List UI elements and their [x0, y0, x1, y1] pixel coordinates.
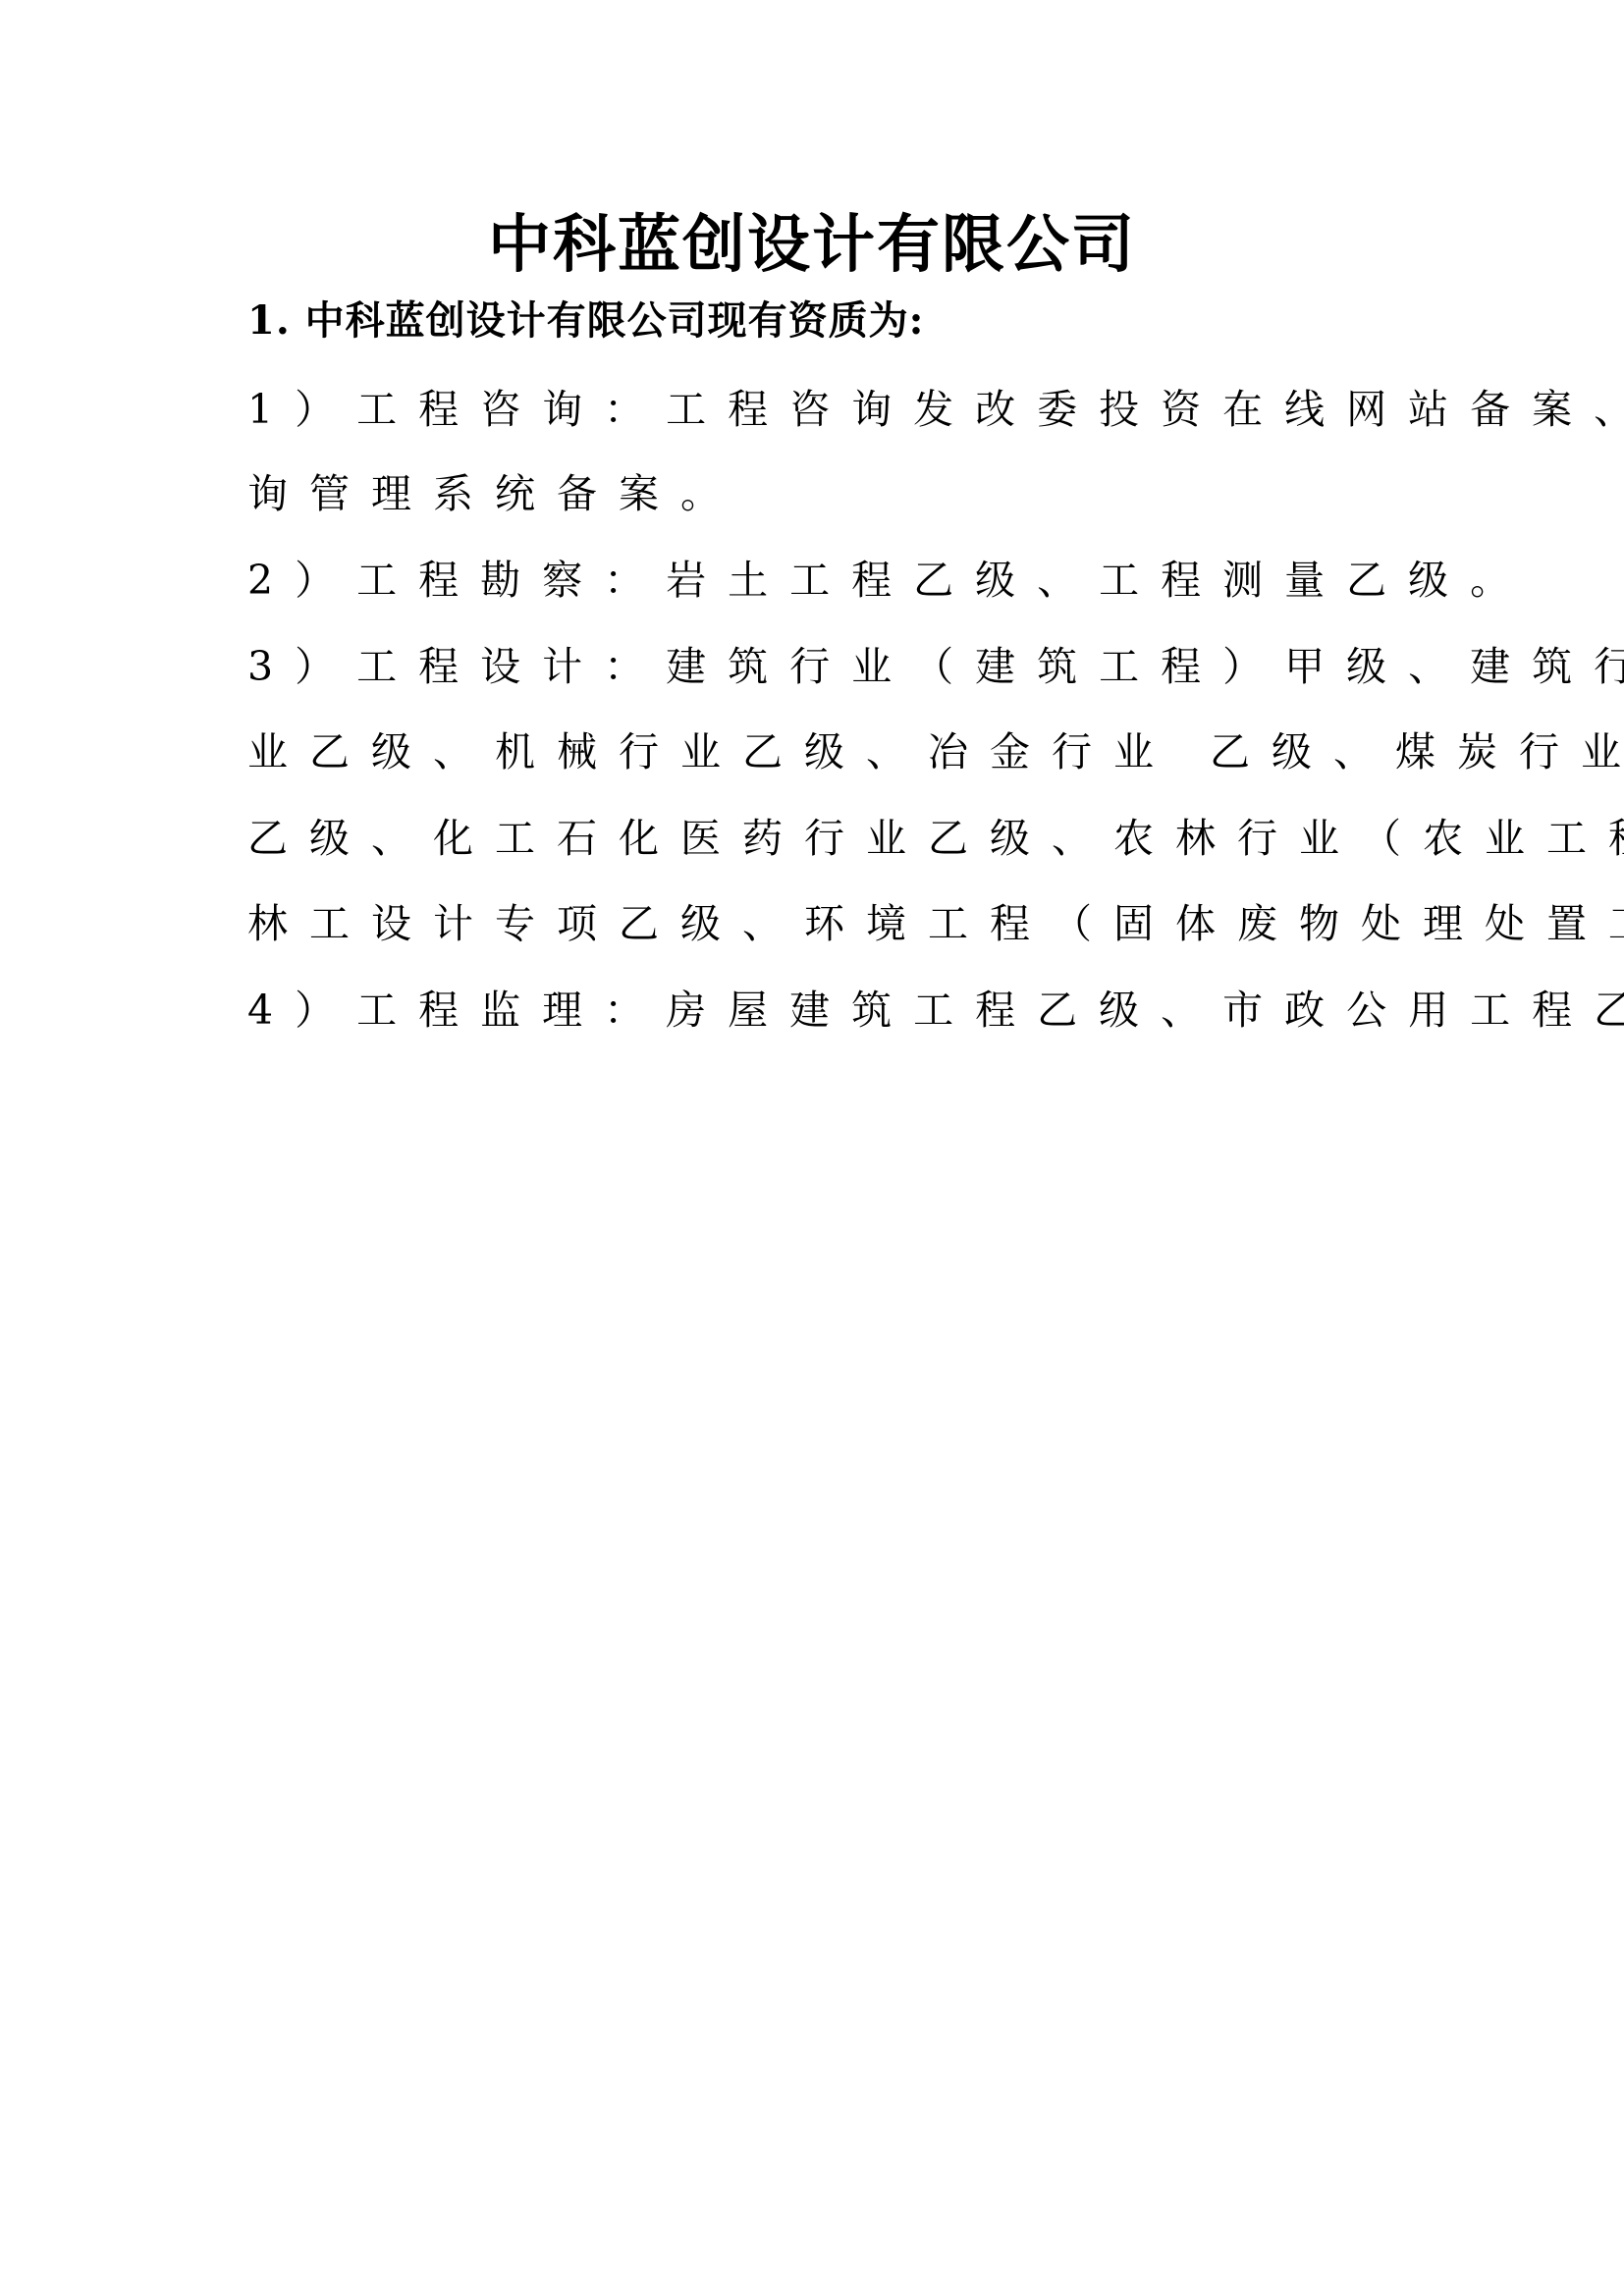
list-item-line: 2）工程勘察：岩土工程乙级、工程测量乙级。 [247, 556, 1532, 605]
list-item-line: 乙级、化工石化医药行业乙级、农林行业（农业工程）乙级、风景园 [247, 814, 1624, 863]
list-item-line: 林工设计专项乙级、环境工程（固体废物处理处置工程）专项乙级。 [247, 899, 1624, 948]
list-item-line: 询管理系统备案。 [247, 469, 742, 518]
document-title: 中科蓝创设计有限公司 [0, 208, 1624, 283]
section-heading: 1. 中科蓝创设计有限公司现有资质为: [247, 296, 924, 346]
list-item-line: 业乙级、机械行业乙级、冶金行业 乙级、煤炭行业乙级、电力行业 [247, 727, 1624, 776]
list-item-line: 4）工程监理：房屋建筑工程乙级、市政公用工程乙级。 [247, 986, 1624, 1035]
document-page: 中科蓝创设计有限公司 1. 中科蓝创设计有限公司现有资质为: 1）工程咨询：工程… [0, 0, 1624, 2296]
list-item-line: 3）工程设计：建筑行业（建筑工程）甲级、建筑行业乙级、市政行 [247, 642, 1624, 691]
list-item-line: 1）工程咨询：工程咨询发改委投资在线网站备案、全国工程造价咨 [247, 385, 1624, 434]
